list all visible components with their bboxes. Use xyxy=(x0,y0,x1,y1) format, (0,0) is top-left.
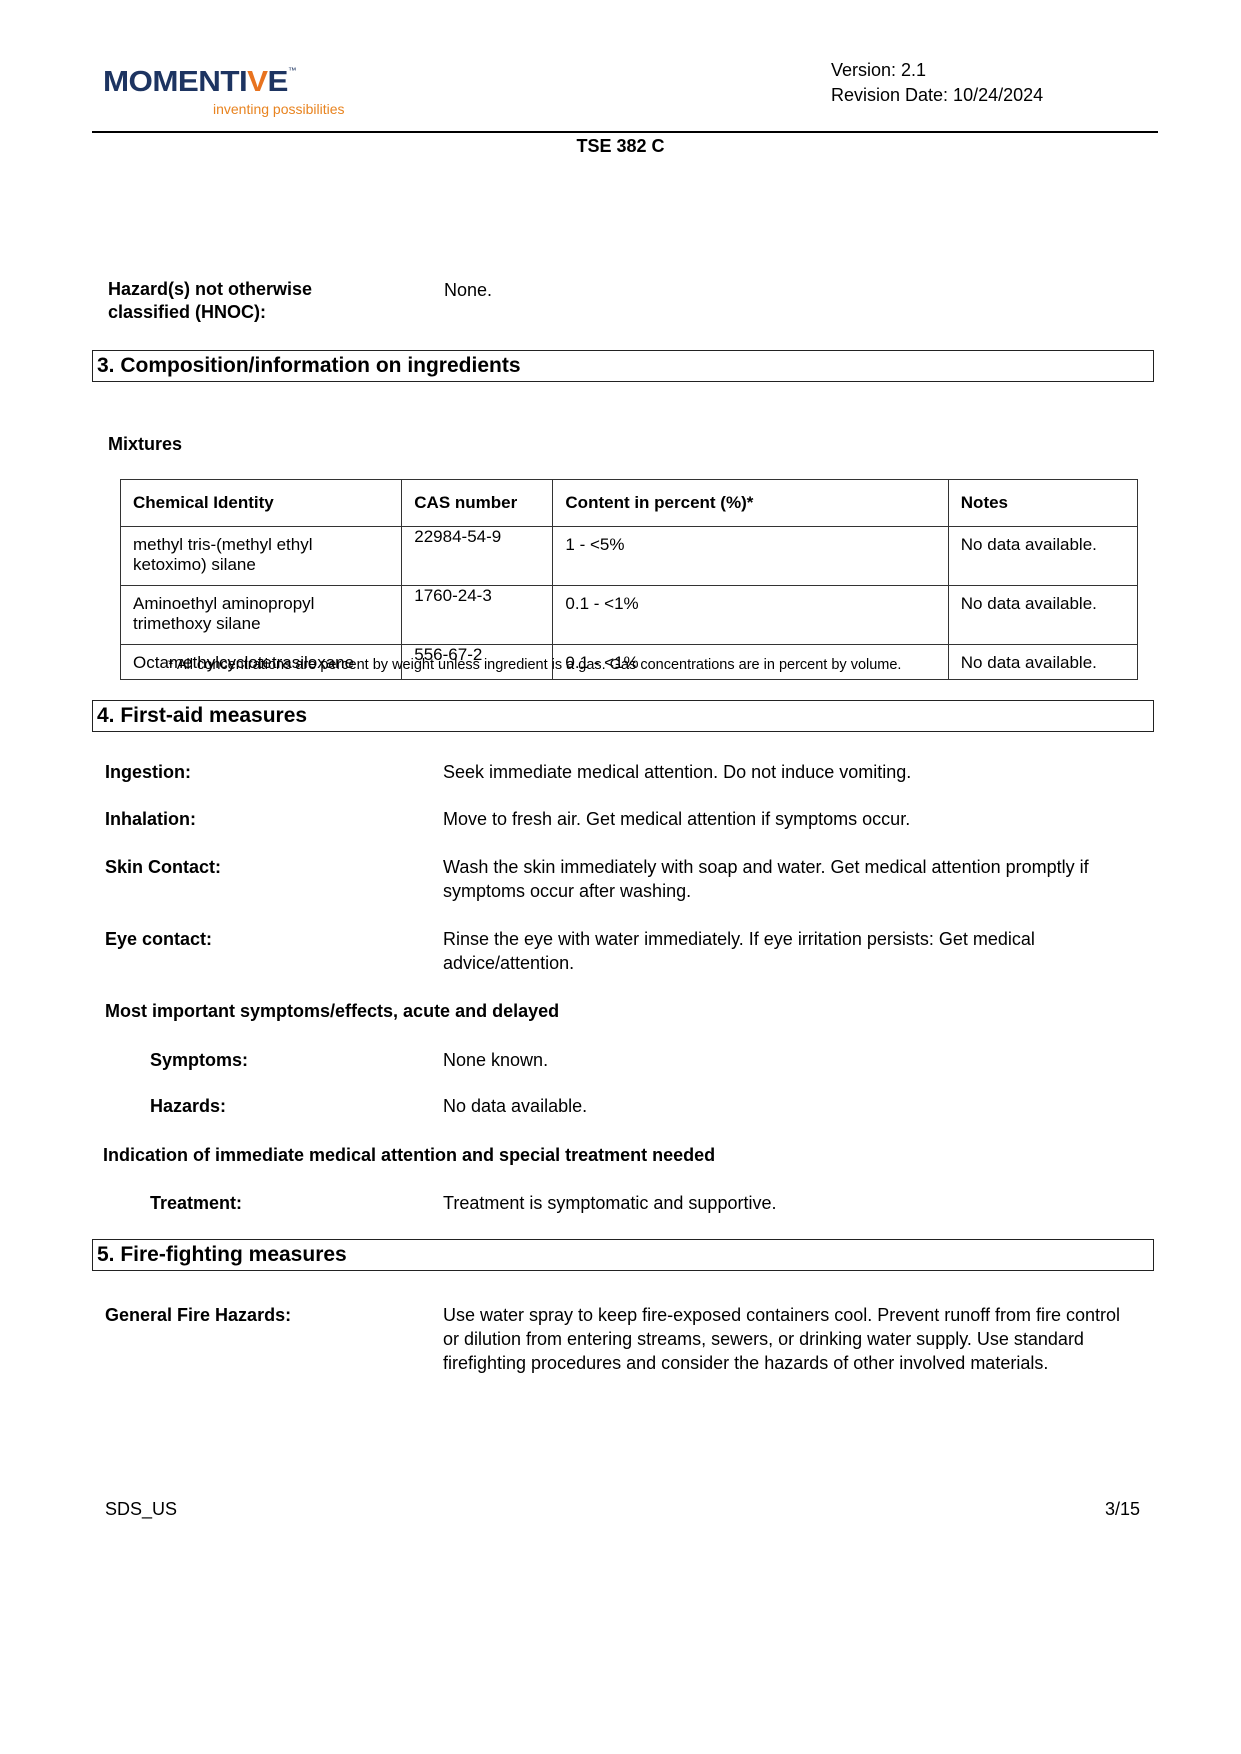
hnoc-label: Hazard(s) not otherwiseclassified (HNOC)… xyxy=(108,278,312,324)
page-number: 3/15 xyxy=(1105,1499,1140,1520)
treatment-label: Treatment: xyxy=(150,1192,242,1215)
section-4-header: 4. First-aid measures xyxy=(92,700,1154,732)
inhalation-label: Inhalation: xyxy=(105,808,196,831)
section-3-header: 3. Composition/information on ingredient… xyxy=(92,350,1154,382)
general-fire-hazards-value: Use water spray to keep fire-exposed con… xyxy=(443,1303,1133,1375)
inhalation-value: Move to fresh air. Get medical attention… xyxy=(443,807,1133,831)
skin-contact-value: Wash the skin immediately with soap and … xyxy=(443,855,1133,903)
version: Version: 2.1 xyxy=(831,58,1043,83)
eye-contact-label: Eye contact: xyxy=(105,928,212,951)
col-notes: Notes xyxy=(948,480,1137,527)
header-divider xyxy=(92,131,1158,133)
hnoc-value: None. xyxy=(444,278,1134,302)
symptoms-value: None known. xyxy=(443,1048,1133,1072)
ingestion-label: Ingestion: xyxy=(105,761,191,784)
section-5-header: 5. Fire-fighting measures xyxy=(92,1239,1154,1271)
company-logo: MOMENTIVE™ xyxy=(103,66,296,99)
col-cas-number: CAS number xyxy=(402,480,553,527)
skin-contact-label: Skin Contact: xyxy=(105,856,221,879)
hazards-value: No data available. xyxy=(443,1094,1133,1118)
col-content-percent: Content in percent (%)* xyxy=(553,480,948,527)
table-header-row: Chemical Identity CAS number Content in … xyxy=(121,480,1138,527)
treatment-heading: Indication of immediate medical attentio… xyxy=(103,1144,715,1167)
ingredients-table: Chemical Identity CAS number Content in … xyxy=(120,479,1138,680)
version-info: Version: 2.1 Revision Date: 10/24/2024 xyxy=(831,58,1043,108)
revision-date: Revision Date: 10/24/2024 xyxy=(831,83,1043,108)
treatment-value: Treatment is symptomatic and supportive. xyxy=(443,1191,1133,1215)
logo-tagline: inventing possibilities xyxy=(213,101,345,117)
symptoms-heading: Most important symptoms/effects, acute a… xyxy=(105,1000,559,1023)
mixtures-heading: Mixtures xyxy=(108,433,182,456)
table-row: methyl tris-(methyl ethyl ketoximo) sila… xyxy=(121,527,1138,586)
table-row: Aminoethyl aminopropyl trimethoxy silane… xyxy=(121,586,1138,645)
symptoms-label: Symptoms: xyxy=(150,1049,248,1072)
col-chemical-identity: Chemical Identity xyxy=(121,480,402,527)
footer-doc-type: SDS_US xyxy=(105,1499,177,1520)
product-name: TSE 382 C xyxy=(0,136,1241,157)
general-fire-hazards-label: General Fire Hazards: xyxy=(105,1304,291,1327)
eye-contact-value: Rinse the eye with water immediately. If… xyxy=(443,927,1133,975)
concentration-footnote: * All concentrations are percent by weig… xyxy=(168,657,901,673)
ingestion-value: Seek immediate medical attention. Do not… xyxy=(443,760,1133,784)
hazards-label: Hazards: xyxy=(150,1095,226,1118)
